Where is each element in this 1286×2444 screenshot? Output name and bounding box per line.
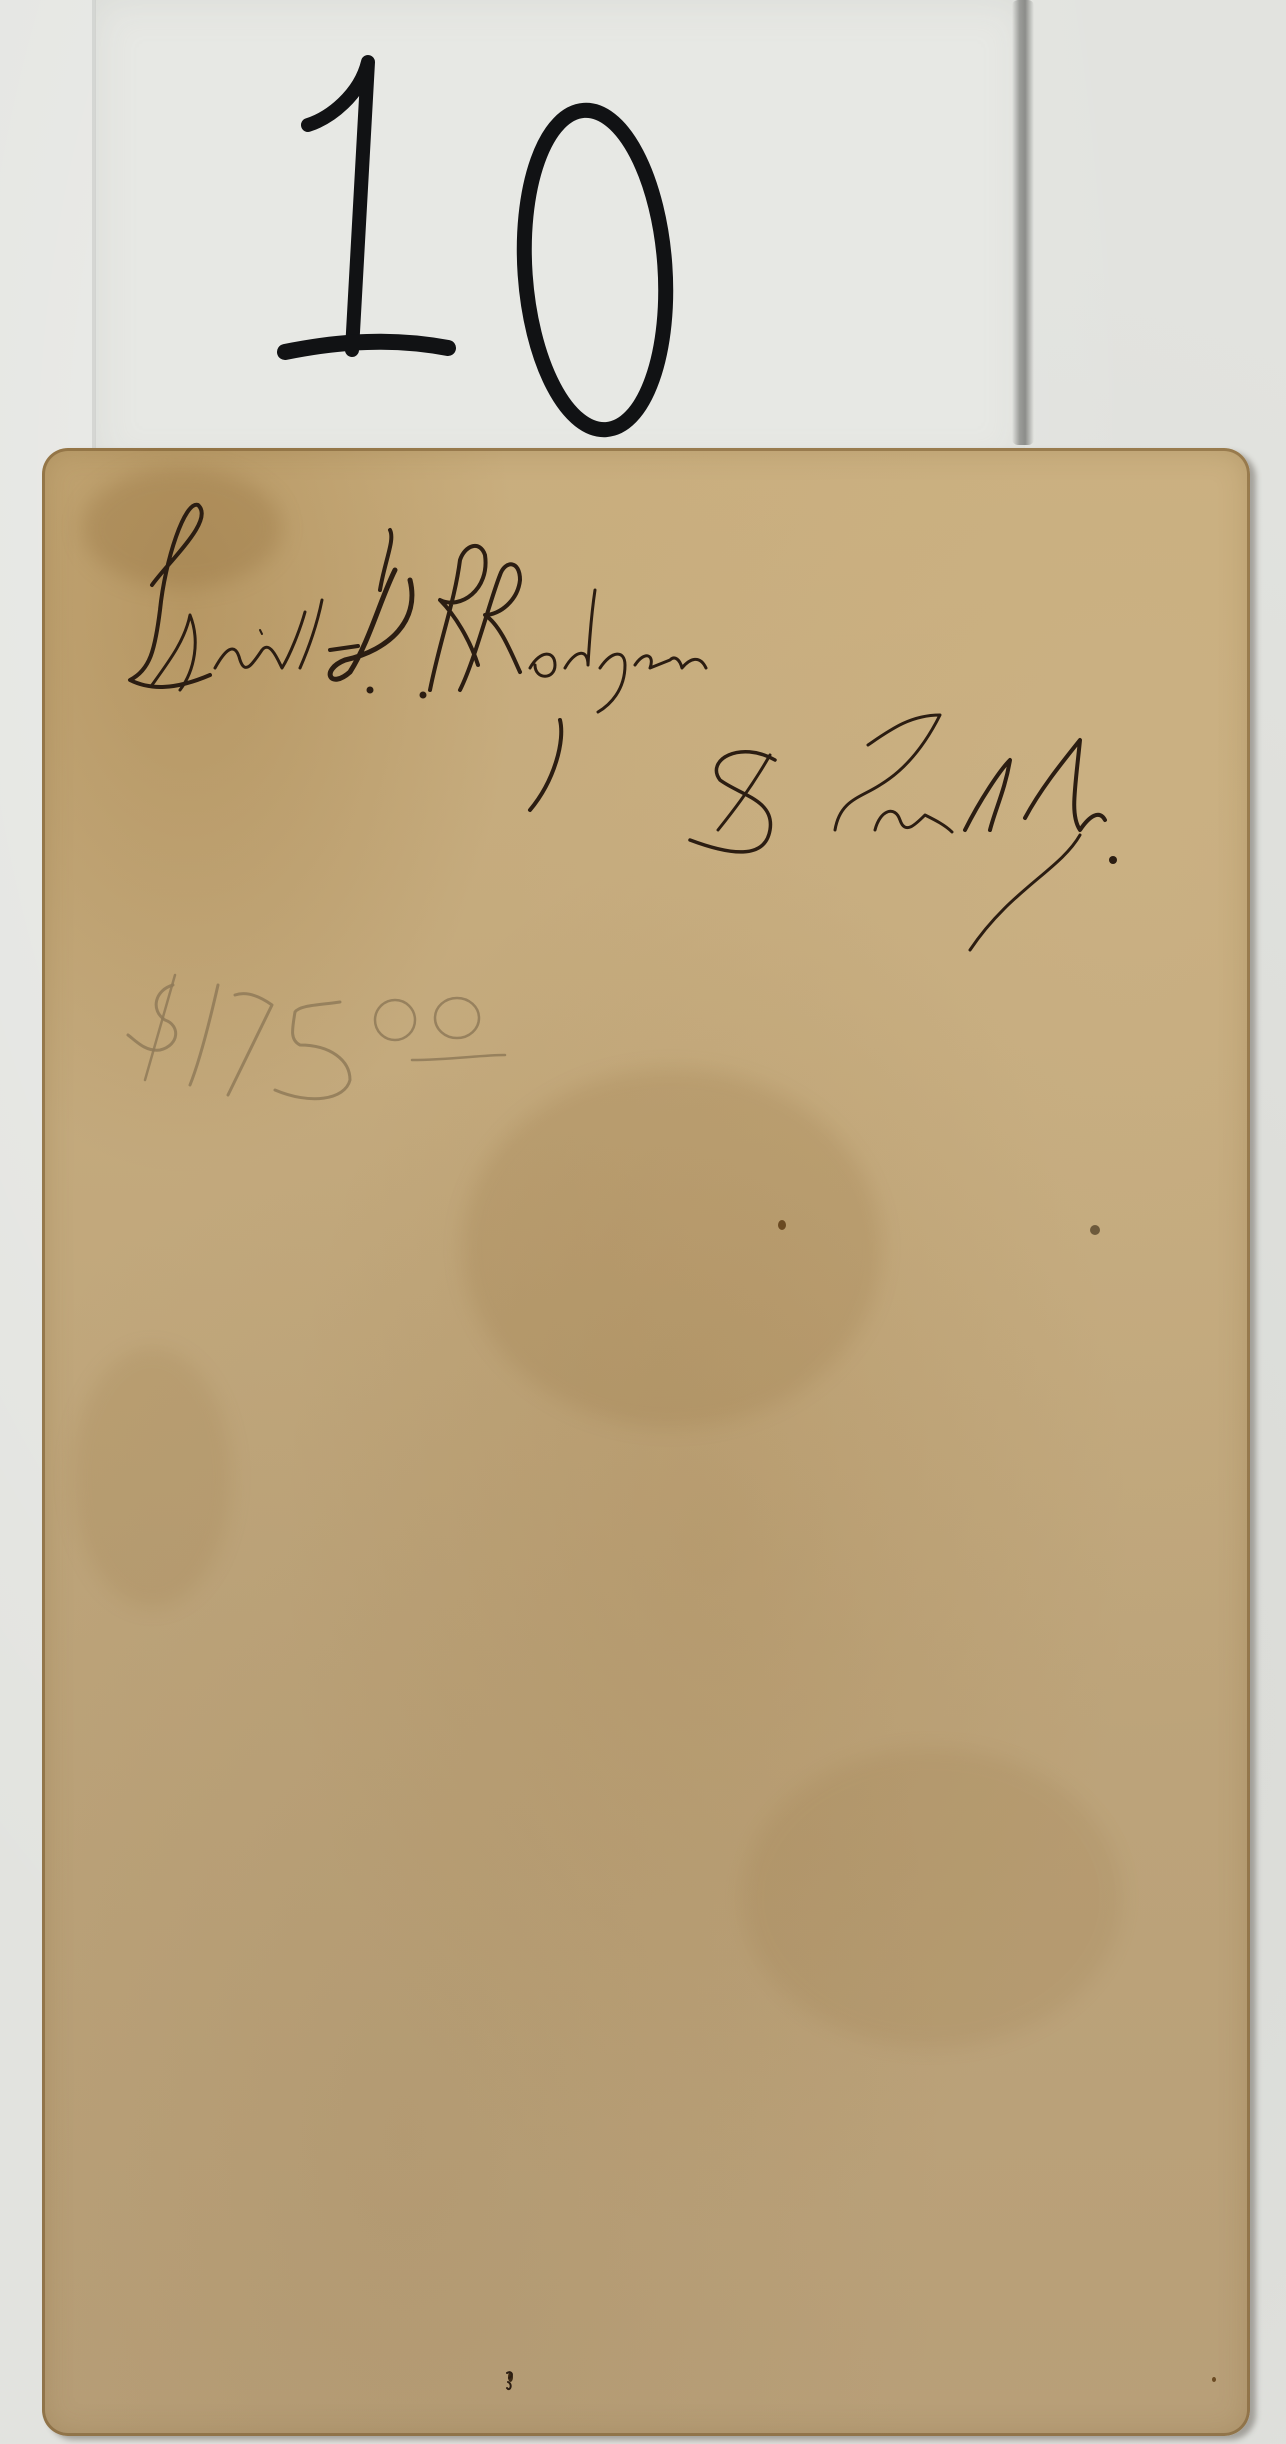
foxing-stain [82,468,282,588]
photo-card-back [42,448,1250,2436]
label-sheet-left-edge [92,0,96,450]
lot-number-marking [250,30,1010,450]
foxing-stain [742,1748,1122,2048]
price-note-text: $175.00 [0,0,1,1]
ink-speck [1090,1225,1100,1235]
lot-number-text: 10 [0,0,1,1]
label-sheet-edge-shadow [1012,0,1034,445]
foxing-stain [462,1068,882,1428]
inscription-line-2: & Family. [0,0,1,1]
foxing-stain [72,1348,232,1608]
ink-speck [508,2372,513,2382]
inscription-line-1: Lieut. D. R. Rodgers [0,0,1,1]
ink-speck [778,1220,786,1230]
ink-speck [1212,2377,1216,2382]
